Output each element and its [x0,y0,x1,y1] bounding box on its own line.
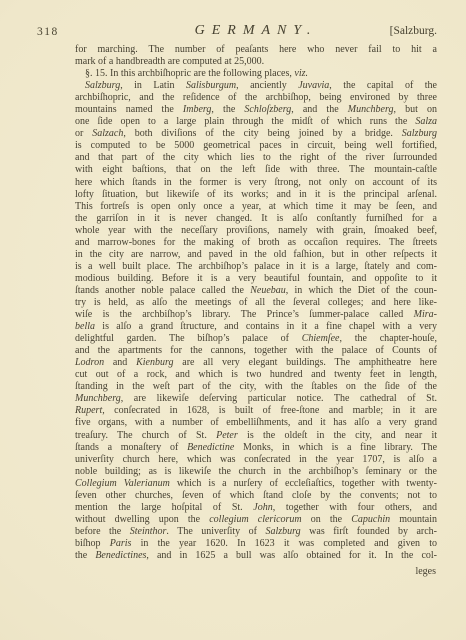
text-line: and marrow-bones for the making of broth… [75,237,437,249]
text-line: This fortreſs is open only once a year, … [75,201,437,213]
text-line: cut out of a rock, and which is two hund… [75,369,437,381]
text-line: for marching. The number of peaſants her… [75,44,437,56]
text-line: without dwelling upon the collegium cler… [75,514,437,526]
text-line: try is held, as alſo the meetings of all… [75,297,437,309]
book-page: 318 GERMANY. [Salzburg. for marching. Th… [0,0,466,640]
text-line: ſtands another noble palace called the N… [75,285,437,297]
section-marker: [Salzburg. [390,25,437,37]
text-line: mark of a handbreadth are computed at 25… [75,56,437,68]
text-line: treaſury. The church of St. Peter is the… [75,430,437,442]
text-line: five organs, with a number of embelliſhm… [75,417,437,429]
text-line: ſeven other churches, ſeven of which ſta… [75,490,437,502]
text-line: with eight baſtions, that on the left ſi… [75,164,437,176]
running-title: GERMANY. [75,23,437,39]
text-line: Rupert, conſecrated in 1628, is built of… [75,405,437,417]
text-line: univerſity church here, which was conſec… [75,454,437,466]
text-line: biſhop Paris in the year 1620. In 1623 i… [75,538,437,550]
text-line: wiſe is the archbiſhop’s library. The Pr… [75,309,437,321]
text-line: here which ſtands in the former is very … [75,177,437,189]
text-line: lofty ſituation, but likewiſe of its wor… [75,189,437,201]
text-line: Salzburg, in Latin Salisburgum, ancientl… [75,80,437,92]
text-line: ſtanding in the weſt part of the city, w… [75,381,437,393]
text-line: and that part of the city which lies to … [75,152,437,164]
text-line: archbiſhopric, and the reſidence of the … [75,92,437,104]
text-line: modious building. Before it is a very be… [75,273,437,285]
text-line: mountains named the Imberg, the Schloſzb… [75,104,437,116]
page-number: 318 [37,26,59,38]
text-line: the garriſon in it is never changed. It … [75,213,437,225]
text-line: whole year with the neceſſary proviſions… [75,225,437,237]
text-line: Munchberg, are likewiſe deſerving partic… [75,393,437,405]
text-block: for marching. The number of peaſants her… [75,44,437,562]
text-line: §. 15. In this archbiſhopric are the fol… [75,68,437,80]
text-line: and the apartments for the cannons, toge… [75,345,437,357]
text-line: ſtands a monaſtery of Benedictine Monks,… [75,442,437,454]
page-header: 318 GERMANY. [Salzburg. [0,23,466,41]
text-line: mention the large hoſpital of St. John, … [75,502,437,514]
text-line: Lodron and Kienburg are all very elegant… [75,357,437,369]
text-line: delightful garden. The biſhop’s palace o… [75,333,437,345]
text-line: one ſide open to a large plain through t… [75,116,437,128]
catchword: leges [415,566,436,577]
text-line: is computed to be 5000 geometrical paces… [75,140,437,152]
text-line: before the Steinthor. The univerſity of … [75,526,437,538]
text-line: or Salzach, both diviſions of the city b… [75,128,437,140]
text-line: the Benedictines, and in 1625 a bull was… [75,550,437,562]
text-line: in the city are narrow, and paved in the… [75,249,437,261]
text-line: bella is alſo a grand ſtructure, and con… [75,321,437,333]
text-line: Collegium Valerianum which is a nurſery … [75,478,437,490]
text-line: is a well built place. The archbiſhop’s … [75,261,437,273]
text-line: noble building; as is likewiſe the churc… [75,466,437,478]
